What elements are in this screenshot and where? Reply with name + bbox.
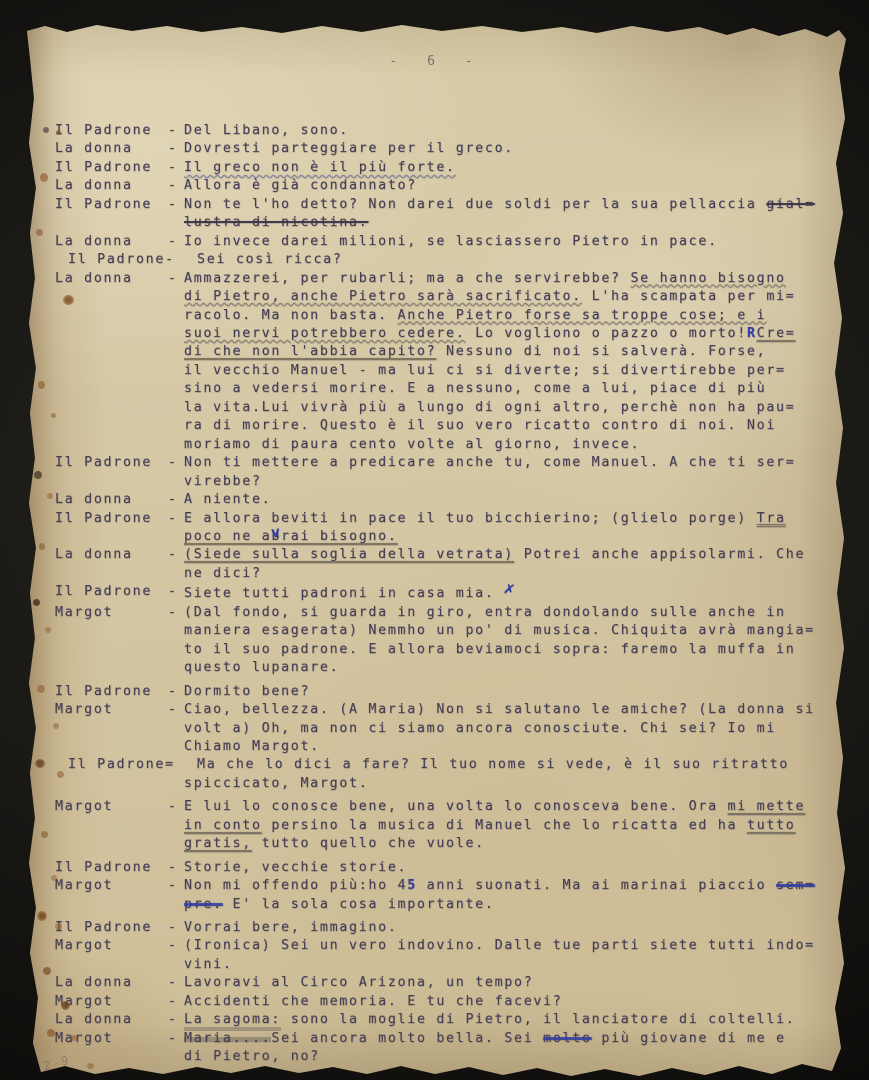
paper-stain <box>43 967 51 975</box>
speaker-dash: - <box>168 701 184 719</box>
script-line: gratis, tutto quello che vuole. <box>55 835 837 853</box>
typewritten-text: più giovane di me e <box>592 1031 786 1046</box>
typewritten-text: questo lupanare. <box>184 660 339 675</box>
speaker-label <box>55 288 168 306</box>
speaker-dash: - <box>168 491 184 509</box>
script-line: Il Padrone-Il greco non è il più forte. <box>55 159 837 177</box>
dialogue-text: Maria....Sei ancora molto bella. Sei mol… <box>184 1030 837 1048</box>
dialogue-text: Allora è già condannato? <box>184 177 837 195</box>
speaker-label <box>55 835 168 853</box>
speaker-label <box>55 362 168 380</box>
typewritten-text: L'ha scampata per mi= <box>582 289 796 304</box>
speaker-dash: - <box>168 919 184 937</box>
dialogue-lines: Il Padrone-Del Libano, sono.La donna-Dov… <box>55 122 837 1067</box>
speaker-label: Il Padrone- <box>55 251 181 269</box>
dialogue-text: moriamo di paura cento volte al giorno, … <box>184 436 837 454</box>
speaker-dash <box>168 343 184 361</box>
dialogue-text: Accidenti che memoria. E tu che facevi? <box>184 993 837 1011</box>
marked-text-u2: Tra <box>757 511 786 526</box>
script-line: Margot-Accidenti che memoria. E tu che f… <box>55 993 837 1011</box>
dialogue-text: pre. E' la sola cosa importante. <box>184 896 837 914</box>
marked-text-u: (Siede sulla soglia della vetrata) <box>184 547 514 562</box>
script-line: poco ne abvrai bisogno. <box>55 528 837 546</box>
dialogue-text: to il suo padrone. E allora beviamoci so… <box>184 641 837 659</box>
speaker-label <box>55 641 168 659</box>
dialogue-text: (Dal fondo, si guarda in giro, entra don… <box>184 604 837 622</box>
speaker-label <box>55 720 168 738</box>
typewritten-text: sino a vedersi morire. E a nessuno, come… <box>184 381 766 396</box>
paper-stain <box>47 493 53 499</box>
scan-background: - 6 - Il Padrone-Del Libano, sono.La don… <box>0 0 869 1080</box>
dialogue-text: Chiamo Margot. <box>184 738 837 756</box>
script-line: La donna-Dovresti parteggiare per il gre… <box>55 140 837 158</box>
dialogue-text: maniera esagerata) Nemmho un po' di musi… <box>184 622 837 640</box>
script-line: pre. E' la sola cosa importante. <box>55 896 837 914</box>
typewritten-text: ra di morire. Questo è il suo vero ricat… <box>184 418 776 433</box>
typewritten-text: Io invece darei milioni, se lasciassero … <box>184 234 718 249</box>
speaker-dash <box>168 565 184 583</box>
speaker-label <box>55 622 168 640</box>
typewritten-text: il vecchio Manuel - ma lui ci si diverte… <box>184 363 786 378</box>
speaker-dash: - <box>168 859 184 877</box>
dialogue-text: Siete tutti padroni in casa mia. ✗ <box>184 583 837 603</box>
speaker-label <box>55 307 168 325</box>
paper-stain <box>41 831 48 838</box>
dialogue-text: (Ironica) Sei un vero indovino. Dalle tu… <box>184 937 837 955</box>
marked-text-hwx: ✗ <box>503 579 518 599</box>
speaker-dash <box>168 436 184 454</box>
marked-text-u: Cre= <box>757 326 796 341</box>
speaker-dash <box>168 738 184 756</box>
typewritten-text: E' la sola cosa importante. <box>223 897 495 912</box>
speaker-dash: - <box>168 937 184 955</box>
speaker-label <box>55 214 168 232</box>
dialogue-text: Sei così ricca? <box>197 251 837 269</box>
marked-text-stb: pre. <box>184 897 223 912</box>
paper-stain <box>37 911 47 921</box>
script-line: Margot-E lui lo conosce bene, una volta … <box>55 798 837 816</box>
speaker-label: Margot <box>55 798 168 816</box>
speaker-dash: - <box>168 993 184 1011</box>
dialogue-text: gratis, tutto quello che vuole. <box>184 835 837 853</box>
typewritten-text: Chiamo Margot. <box>184 739 320 754</box>
speaker-dash <box>168 622 184 640</box>
speaker-label <box>55 417 168 435</box>
marked-text-uw: di Pietro, anche Pietro sarà sacrificato… <box>184 289 582 304</box>
script-line: Margot-Non mi offendo più:ho 45 anni suo… <box>55 877 837 895</box>
script-line: Il Padrone-Dormito bene? <box>55 683 837 701</box>
script-line: suoi nervi potrebbero cedere. Lo voglion… <box>55 325 837 343</box>
speaker-label <box>55 436 168 454</box>
speaker-label: Il Padrone <box>55 683 168 701</box>
typewritten-text: anni suonati. Ma ai marinai piaccio <box>417 878 776 893</box>
speaker-dash <box>168 775 184 793</box>
typewritten-text: Accidenti che memoria. E tu che facevi? <box>184 994 563 1009</box>
speaker-label: Il Padrone <box>55 159 168 177</box>
speaker-dash <box>168 417 184 435</box>
typewritten-text: Non te l'ho detto? Non darei due soldi p… <box>184 197 766 212</box>
typewritten-text: Lo vogliono o pazzo o morto! <box>465 326 746 341</box>
script-line: questo lupanare. <box>55 659 837 677</box>
script-line: in conto persino la musica di Manuel che… <box>55 817 837 835</box>
typewritten-text: A niente. <box>184 492 271 507</box>
typewritten-text: Lavoravi al Circo Arizona, un tempo? <box>184 975 533 990</box>
script-line: Il Padrone-Sei così ricca? <box>55 251 837 269</box>
typewritten-text: to il suo padrone. E allora beviamoci so… <box>184 642 795 657</box>
speaker-label: Margot <box>55 993 168 1011</box>
script-line: La donna-A niente. <box>55 491 837 509</box>
script-line: maniera esagerata) Nemmho un po' di musi… <box>55 622 837 640</box>
speaker-dash: - <box>168 546 184 564</box>
typewritten-text: Ammazzerei, per rubarli; ma a che servir… <box>184 271 630 286</box>
script-line: La donna-(Siede sulla soglia della vetra… <box>55 546 837 564</box>
dialogue-text: in conto persino la musica di Manuel che… <box>184 817 837 835</box>
speaker-label: Margot <box>55 701 168 719</box>
speaker-dash <box>168 307 184 325</box>
speaker-label <box>55 343 168 361</box>
speaker-dash: - <box>168 798 184 816</box>
script-line: moriamo di paura cento volte al giorno, … <box>55 436 837 454</box>
typewritten-text: Nessuno di noi si salverà. Forse, <box>436 344 766 359</box>
speaker-dash <box>168 817 184 835</box>
speaker-label: La donna <box>55 140 168 158</box>
marked-text-st: gial= <box>766 197 815 212</box>
script-line: ne dici? <box>55 565 837 583</box>
typewritten-text: volt a) Oh, ma non ci siamo ancora conos… <box>184 721 776 736</box>
speaker-dash: - <box>168 1011 184 1029</box>
script-line: la vita.Lui vivrà più a lungo di ogni al… <box>55 399 837 417</box>
paper-stain <box>38 381 45 389</box>
dialogue-text: Del Libano, sono. <box>184 122 837 140</box>
speaker-dash: - <box>168 122 184 140</box>
marked-text-stg: Maria.... <box>184 1031 271 1046</box>
marked-text-u: mi mette <box>728 799 806 814</box>
typewritten-text: ne dici? <box>184 566 262 581</box>
marked-text-stb: sem= <box>776 878 815 893</box>
dialogue-text: virebbe? <box>184 473 837 491</box>
marked-text-u: in conto <box>184 818 262 833</box>
script-line: di che non l'abbia capito? Nessuno di no… <box>55 343 837 361</box>
script-line: La donna-Io invece darei milioni, se las… <box>55 233 837 251</box>
speaker-dash <box>181 251 197 269</box>
script-line: to il suo padrone. E allora beviamoci so… <box>55 641 837 659</box>
marked-text-u: rai bisogno. <box>281 529 397 544</box>
speaker-dash: - <box>168 583 184 603</box>
speaker-dash <box>168 720 184 738</box>
typewritten-text: Potrei anche appisolarmi. Che <box>514 547 805 562</box>
dialogue-text: lustra di nicotina. <box>184 214 837 232</box>
speaker-dash <box>168 896 184 914</box>
speaker-label: La donna <box>55 1011 168 1029</box>
speaker-label: Il Padrone <box>55 859 168 877</box>
speaker-dash <box>168 380 184 398</box>
dialogue-text: volt a) Oh, ma non ci siamo ancora conos… <box>184 720 837 738</box>
speaker-label: La donna <box>55 491 168 509</box>
script-line: volt a) Oh, ma non ci siamo ancora conos… <box>55 720 837 738</box>
dialogue-text: questo lupanare. <box>184 659 837 677</box>
script-line: Margot-Ciao, bellezza. (A Maria) Non si … <box>55 701 837 719</box>
typewritten-text: maniera esagerata) Nemmho un po' di musi… <box>184 623 815 638</box>
speaker-dash <box>168 659 184 677</box>
speaker-dash: - <box>168 604 184 622</box>
script-line: Il Padrone-Non te l'ho detto? Non darei … <box>55 196 837 214</box>
speaker-dash <box>168 325 184 343</box>
script-line: Il Padrone-E allora beviti in pace il tu… <box>55 510 837 528</box>
script-line: Il Padrone-Del Libano, sono. <box>55 122 837 140</box>
speaker-label <box>55 817 168 835</box>
speaker-label: Margot <box>55 604 168 622</box>
speaker-label: Il Padrone <box>55 196 168 214</box>
speaker-label: Margot <box>55 937 168 955</box>
paper-stain <box>40 173 48 182</box>
script-line: spiccicato, Margot. <box>55 775 837 793</box>
marked-text-uw: Anche Pietro forse sa troppe cose; e i <box>398 308 767 323</box>
paper-stain <box>43 127 49 133</box>
marked-text-ug: La sagoma: <box>184 1012 281 1031</box>
marked-text-uw: suoi nervi potrebbero cedere. <box>184 326 465 341</box>
dialogue-text: di Pietro, no? <box>184 1048 837 1066</box>
speaker-dash: - <box>168 270 184 288</box>
dialogue-text: di che non l'abbia capito? Nessuno di no… <box>184 343 837 361</box>
dialogue-text: A niente. <box>184 491 837 509</box>
marked-text-st: lustra di nicotina. <box>184 215 368 230</box>
speaker-label: La donna <box>55 546 168 564</box>
typewritten-text: sono la moglie di Pietro, il lanciatore … <box>281 1012 795 1027</box>
dialogue-text: la vita.Lui vivrà più a lungo di ogni al… <box>184 399 837 417</box>
speaker-label: La donna <box>55 177 168 195</box>
dialogue-text: Io invece darei milioni, se lasciassero … <box>184 233 837 251</box>
typewritten-text: la vita.Lui vivrà più a lungo di ogni al… <box>184 400 795 415</box>
script-line: Il Padrone-Vorrai bere, immagino. <box>55 919 837 937</box>
paper-stain <box>36 229 43 236</box>
typewritten-text: persino la musica di Manuel che lo ricat… <box>262 818 747 833</box>
speaker-dash <box>168 641 184 659</box>
dialogue-text: spiccicato, Margot. <box>184 775 837 793</box>
speaker-label: Il Padrone <box>55 583 168 603</box>
page-number: - 6 - <box>27 54 846 69</box>
dialogue-text: Non te l'ho detto? Non darei due soldi p… <box>184 196 837 214</box>
typewritten-script-page: - 6 - Il Padrone-Del Libano, sono.La don… <box>27 23 846 1076</box>
speaker-dash <box>168 214 184 232</box>
speaker-label: La donna <box>55 233 168 251</box>
dialogue-text: poco ne abvrai bisogno. <box>184 528 837 546</box>
speaker-dash: - <box>168 510 184 528</box>
speaker-label: Il Padrone <box>55 122 168 140</box>
typewritten-text: Del Libano, sono. <box>184 123 349 138</box>
speaker-dash: - <box>168 140 184 158</box>
dialogue-text: E lui lo conosce bene, una volta lo cono… <box>184 798 837 816</box>
dialogue-text: Non mi offendo più:ho 45 anni suonati. M… <box>184 877 837 895</box>
dialogue-text: Ma che lo dici a fare? Il tuo nome si ve… <box>197 756 837 774</box>
speaker-label: La donna <box>55 270 168 288</box>
typewritten-text: Storie, vecchie storie. <box>184 860 407 875</box>
speaker-label: Il Padrone <box>55 510 168 528</box>
marked-text-uwb: Il greco non è il più forte. <box>184 160 456 175</box>
speaker-dash <box>168 473 184 491</box>
typewritten-text: spiccicato, Margot. <box>184 776 368 791</box>
marked-text-u: tutto <box>747 818 796 833</box>
speaker-dash: - <box>168 196 184 214</box>
script-line: ra di morire. Questo è il suo vero ricat… <box>55 417 837 435</box>
dialogue-text: La sagoma: sono la moglie di Pietro, il … <box>184 1011 837 1029</box>
paper-stain <box>45 627 51 633</box>
speaker-dash <box>168 399 184 417</box>
speaker-dash: - <box>168 233 184 251</box>
speaker-dash <box>168 835 184 853</box>
dialogue-text: Storie, vecchie storie. <box>184 859 837 877</box>
speaker-dash <box>168 528 184 546</box>
typewritten-text: Non mi offendo più:ho 4 <box>184 878 407 893</box>
speaker-dash: - <box>168 454 184 472</box>
script-line: La donna-Lavoravi al Circo Arizona, un t… <box>55 974 837 992</box>
typewritten-text: Dovresti parteggiare per il greco. <box>184 141 514 156</box>
script-line: Chiamo Margot. <box>55 738 837 756</box>
speaker-label <box>55 399 168 417</box>
speaker-dash <box>168 1048 184 1066</box>
marked-text-hwb: R <box>747 326 757 341</box>
paper-stain <box>47 1029 55 1037</box>
dialogue-text: Lavoravi al Circo Arizona, un tempo? <box>184 974 837 992</box>
script-line: di Pietro, no? <box>55 1048 837 1066</box>
dialogue-text: Vorrai bere, immagino. <box>184 919 837 937</box>
dialogue-text: E allora beviti in pace il tuo bicchieri… <box>184 510 837 528</box>
paper-stain <box>34 471 42 479</box>
script-line: il vecchio Manuel - ma lui ci si diverte… <box>55 362 837 380</box>
script-line: di Pietro, anche Pietro sarà sacrificato… <box>55 288 837 306</box>
typewritten-text: Ciao, bellezza. (A Maria) Non si salutan… <box>184 702 815 717</box>
typewritten-text: racolo. Ma non basta. <box>184 308 398 323</box>
typewritten-text: Sei così ricca? <box>197 252 343 267</box>
speaker-dash: - <box>168 159 184 177</box>
speaker-label <box>55 775 168 793</box>
dialogue-text: il vecchio Manuel - ma lui ci si diverte… <box>184 362 837 380</box>
dialogue-text: vini. <box>184 956 837 974</box>
typewritten-text: Vorrai bere, immagino. <box>184 920 398 935</box>
typewritten-text: Sei ancora molto bella. Sei <box>271 1031 543 1046</box>
marked-text-stb: molto <box>543 1031 592 1046</box>
speaker-dash: - <box>168 683 184 701</box>
typewritten-text: virebbe? <box>184 474 262 489</box>
marked-text-u: gratis, <box>184 836 252 851</box>
speaker-dash <box>168 362 184 380</box>
dialogue-text: sino a vedersi morire. E a nessuno, come… <box>184 380 837 398</box>
typewritten-text: tutto quello che vuole. <box>252 836 485 851</box>
script-line: vini. <box>55 956 837 974</box>
script-line: lustra di nicotina. <box>55 214 837 232</box>
speaker-label <box>55 325 168 343</box>
script-line: virebbe? <box>55 473 837 491</box>
speaker-dash: - <box>168 177 184 195</box>
dialogue-text: Dovresti parteggiare per il greco. <box>184 140 837 158</box>
marked-text-hwb: 5 <box>407 878 417 893</box>
typewritten-text: Allora è già condannato? <box>184 178 417 193</box>
speaker-label: Il Padrone <box>55 454 168 472</box>
dialogue-text: suoi nervi potrebbero cedere. Lo voglion… <box>184 325 837 343</box>
speaker-label <box>55 738 168 756</box>
script-line: Il Padrone=Ma che lo dici a fare? Il tuo… <box>55 756 837 774</box>
dialogue-text: Ammazzerei, per rubarli; ma a che servir… <box>184 270 837 288</box>
paper-stain <box>37 685 45 693</box>
script-line: Margot-(Dal fondo, si guarda in giro, en… <box>55 604 837 622</box>
speaker-dash <box>168 956 184 974</box>
speaker-label: Il Padrone <box>55 919 168 937</box>
script-line: Il Padrone-Non ti mettere a predicare an… <box>55 454 837 472</box>
paper-stain <box>35 759 45 768</box>
marked-text-u: poco ne a <box>184 529 271 544</box>
script-line: Il Padrone-Storie, vecchie storie. <box>55 859 837 877</box>
dialogue-text: racolo. Ma non basta. Anche Pietro forse… <box>184 307 837 325</box>
torn-left-edge <box>27 23 53 1076</box>
marked-text-uw: Se hanno bisogno <box>630 271 785 286</box>
speaker-label <box>55 528 168 546</box>
script-line: Margot-Maria....Sei ancora molto bella. … <box>55 1030 837 1048</box>
speaker-dash: - <box>168 877 184 895</box>
dialogue-text: (Siede sulla soglia della vetrata) Potre… <box>184 546 837 564</box>
marked-text-u: bv <box>271 529 281 544</box>
screenshot-root: { "page": { "number": "- 6 -", "corner_n… <box>0 0 869 1080</box>
typewritten-text: Ma che lo dici a fare? Il tuo nome si ve… <box>197 757 789 772</box>
typewritten-text: (Ironica) Sei un vero indovino. Dalle tu… <box>184 938 815 953</box>
speaker-label: Margot <box>55 1030 168 1048</box>
speaker-label <box>55 956 168 974</box>
typewritten-text: Dormito bene? <box>184 684 310 699</box>
speaker-label: Il Padrone= <box>55 756 181 774</box>
speaker-dash: - <box>168 1030 184 1048</box>
script-line: racolo. Ma non basta. Anche Pietro forse… <box>55 307 837 325</box>
speaker-label <box>55 380 168 398</box>
speaker-label <box>55 473 168 491</box>
typewritten-text: Siete tutti padroni in casa mia. <box>184 586 504 601</box>
script-line: La donna-Ammazzerei, per rubarli; ma a c… <box>55 270 837 288</box>
typewritten-text: Non ti mettere a predicare anche tu, com… <box>184 455 795 470</box>
script-line: sino a vedersi morire. E a nessuno, come… <box>55 380 837 398</box>
speaker-dash <box>168 288 184 306</box>
typewritten-text: E lui lo conosce bene, una volta lo cono… <box>184 799 728 814</box>
speaker-label: La donna <box>55 974 168 992</box>
speaker-label <box>55 896 168 914</box>
dialogue-text: Ciao, bellezza. (A Maria) Non si salutan… <box>184 701 837 719</box>
dialogue-text: ra di morire. Questo è il suo vero ricat… <box>184 417 837 435</box>
script-line: Il Padrone-Siete tutti padroni in casa m… <box>55 583 837 603</box>
script-line: Margot-(Ironica) Sei un vero indovino. D… <box>55 937 837 955</box>
speaker-label <box>55 659 168 677</box>
typewritten-text: (Dal fondo, si guarda in giro, entra don… <box>184 605 786 620</box>
paper-stain <box>39 543 45 550</box>
speaker-dash: - <box>168 974 184 992</box>
marked-text-u: di che non l'abbia capito? <box>184 344 436 359</box>
paper-stain <box>33 599 40 606</box>
speaker-label <box>55 1048 168 1066</box>
dialogue-text: di Pietro, anche Pietro sarà sacrificato… <box>184 288 837 306</box>
speaker-label <box>55 565 168 583</box>
script-line: La donna-La sagoma: sono la moglie di Pi… <box>55 1011 837 1029</box>
speaker-label: Margot <box>55 877 168 895</box>
typewritten-text: moriamo di paura cento volte al giorno, … <box>184 437 640 452</box>
speaker-dash <box>181 756 197 774</box>
dialogue-text: Dormito bene? <box>184 683 837 701</box>
corner-pencil-note: 2-9 <box>42 1053 72 1073</box>
dialogue-text: Il greco non è il più forte. <box>184 159 837 177</box>
script-line: La donna-Allora è già condannato? <box>55 177 837 195</box>
typewritten-text: vini. <box>184 957 233 972</box>
typewritten-text: di Pietro, no? <box>184 1049 320 1064</box>
dialogue-text: Non ti mettere a predicare anche tu, com… <box>184 454 837 472</box>
